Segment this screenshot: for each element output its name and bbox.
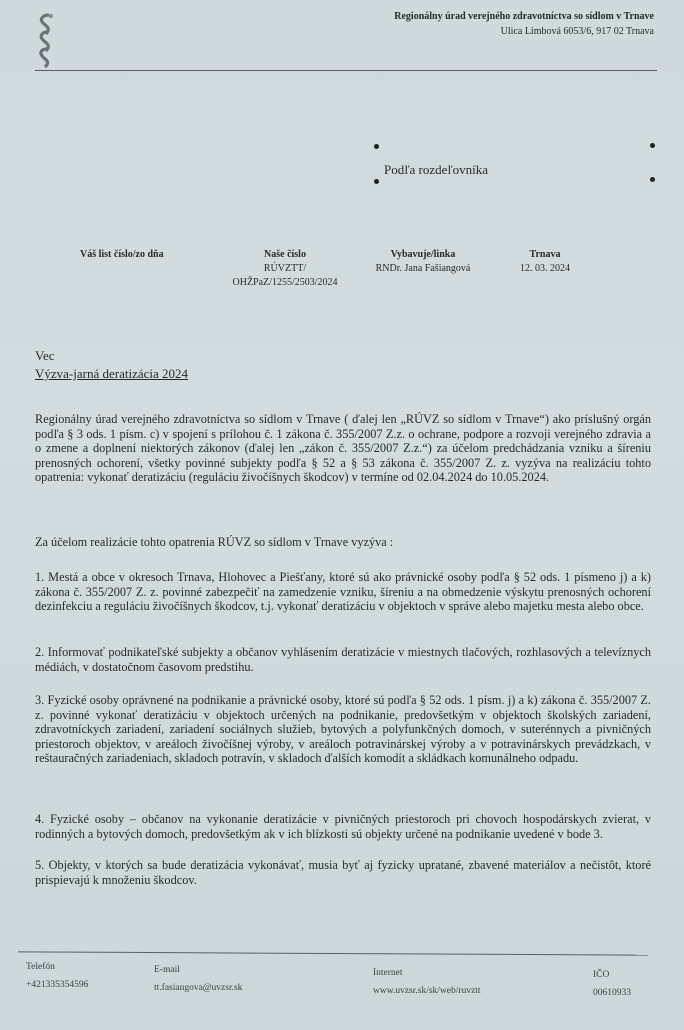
- subject-title: Výzva-jarná deratizácia 2024: [35, 366, 188, 382]
- window-mark-dot: [650, 177, 655, 182]
- our-number-line2: OHŽPaZ/1255/2503/2024: [222, 276, 348, 290]
- organization-address: Ulica Limbová 6053/6, 917 02 Trnava: [501, 26, 654, 37]
- phone-value: +421335354596: [26, 976, 88, 994]
- handled-by-column: Vybavuje/linka RNDr. Jana Fašiangová: [360, 248, 486, 276]
- list-item-5: 5. Objekty, v ktorých sa bude deratizáci…: [35, 858, 651, 887]
- list-item-1: 1. Mestá a obce v okresoch Trnava, Hloho…: [35, 570, 651, 614]
- our-number-line1: RÚVZTT/: [222, 262, 348, 276]
- your-letter-label: Váš list číslo/zo dňa: [80, 248, 190, 262]
- internet-label: Internet: [373, 964, 481, 982]
- footer-ico: IČO 00610933: [593, 966, 631, 1002]
- date-value: 12. 03. 2024: [500, 262, 590, 276]
- email-label: E-mail: [154, 961, 242, 979]
- place-date-column: Trnava 12. 03. 2024: [500, 248, 590, 276]
- list-item-2: 2. Informovať podnikateľské subjekty a o…: [35, 645, 651, 674]
- our-number-column: Naše číslo RÚVZTT/ OHŽPaZ/1255/2503/2024: [222, 248, 348, 290]
- ico-value: 00610933: [593, 984, 631, 1002]
- handled-by-label: Vybavuje/linka: [360, 248, 486, 262]
- internet-value: www.uvzsr.sk/sk/web/ruvztt: [373, 982, 481, 1000]
- place-label: Trnava: [500, 248, 590, 262]
- footer-email: E-mail tt.fasiangova@uvzsr.sk: [154, 961, 242, 997]
- list-item-3: 3. Fyzické osoby oprávnené na podnikanie…: [35, 693, 651, 766]
- header-divider: [35, 70, 657, 71]
- phone-label: Telefón: [26, 958, 88, 976]
- window-mark-dot: [650, 143, 655, 148]
- our-number-label: Naše číslo: [222, 248, 348, 262]
- recipient: Podľa rozdeľovníka: [384, 162, 488, 178]
- handled-by-value: RNDr. Jana Fašiangová: [360, 262, 486, 276]
- ico-label: IČO: [593, 966, 631, 984]
- email-value: tt.fasiangova@uvzsr.sk: [154, 979, 242, 997]
- your-letter-column: Váš list číslo/zo dňa: [80, 248, 190, 262]
- intro-paragraph: Regionálny úrad verejného zdravotníctva …: [35, 412, 651, 485]
- footer-divider: [18, 951, 648, 955]
- window-mark-dot: [374, 144, 379, 149]
- list-item-4: 4. Fyzické osoby – občanov na vykonanie …: [35, 812, 651, 841]
- section-sign-logo-icon: [33, 12, 55, 68]
- subject-label: Vec: [35, 348, 55, 364]
- footer-phone: Telefón +421335354596: [26, 958, 88, 994]
- lead-paragraph: Za účelom realizácie tohto opatrenia RÚV…: [35, 535, 651, 550]
- footer-internet: Internet www.uvzsr.sk/sk/web/ruvztt: [373, 964, 481, 1000]
- window-mark-dot: [374, 179, 379, 184]
- organization-name: Regionálny úrad verejného zdravotníctva …: [394, 11, 654, 22]
